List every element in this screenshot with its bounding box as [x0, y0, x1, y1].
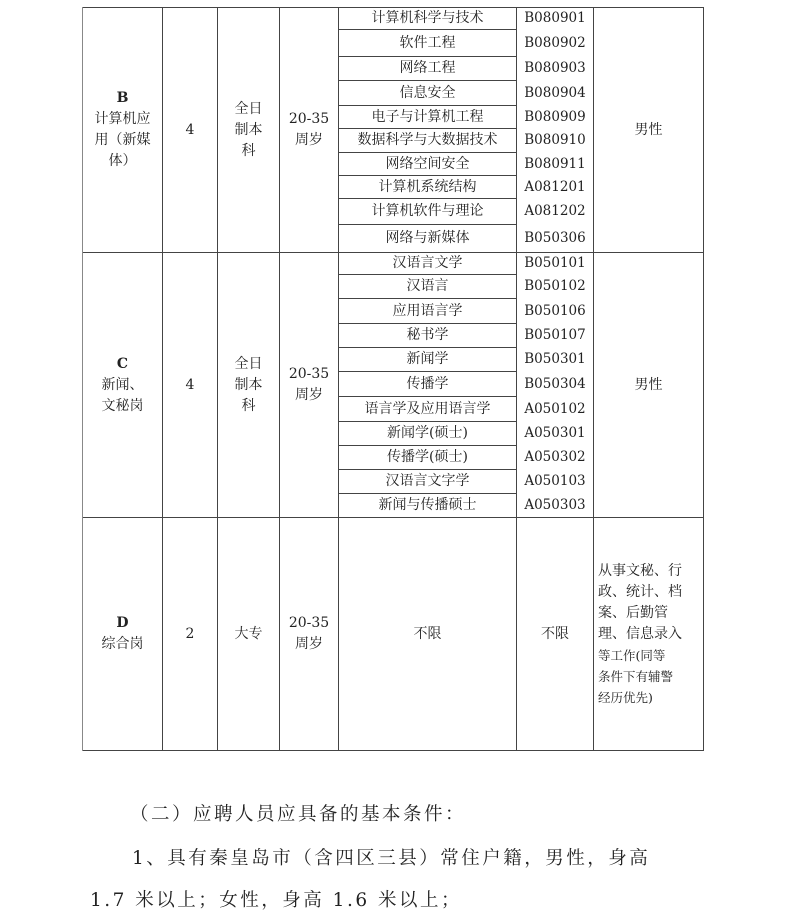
major-name: 计算机科学与技术 [339, 8, 516, 29]
position-code: C [117, 354, 128, 375]
major-name: 汉语言文学 [339, 253, 516, 274]
age-cell-b: 20-35 周岁 [280, 8, 338, 252]
other-requirement-b: 男性 [594, 8, 703, 252]
section-heading: （二）应聘人员应具备的基本条件： [130, 800, 466, 826]
major-cell-d: 不限 [339, 518, 516, 750]
headcount-cell-b: 4 [163, 8, 217, 252]
headcount: 4 [186, 120, 195, 141]
major-code: B050107 [517, 324, 593, 347]
headcount-cell-c: 4 [163, 253, 217, 517]
position-cell-d: D 综合岗 [83, 518, 162, 750]
major-code: 不限 [541, 624, 569, 645]
position-name-line: 用（新媒 [95, 130, 151, 151]
position-name-line: 新闻、 [102, 375, 144, 396]
major-name: 信息安全 [339, 81, 516, 105]
major-name: 不限 [414, 624, 442, 645]
duty-line: 从事文秘、行 [598, 561, 682, 582]
major-name: 新闻学 [339, 348, 516, 371]
major-name: 新闻与传播硕士 [339, 494, 516, 517]
duty-line: 理、信息录入 [598, 624, 682, 645]
education-line: 全日 [235, 354, 263, 375]
age-line: 周岁 [295, 385, 323, 406]
major-code: A081202 [517, 199, 593, 224]
major-code: B080904 [517, 81, 593, 105]
education-line: 大专 [235, 624, 263, 645]
other-requirement-d: 从事文秘、行 政、统计、档 案、后勤管 理、信息录入 等工作(同等 条件下有辅警… [594, 518, 703, 750]
major-code: B080911 [517, 153, 593, 175]
education-line: 全日 [235, 99, 263, 120]
major-code: B080903 [517, 57, 593, 80]
position-code: D [116, 613, 128, 634]
major-name: 传播学(硕士) [339, 446, 516, 469]
other-requirement-c: 男性 [594, 253, 703, 517]
major-name: 电子与计算机工程 [339, 106, 516, 128]
major-code: B050306 [517, 225, 593, 252]
col-line-7 [703, 7, 704, 751]
major-name: 新闻学(硕士) [339, 422, 516, 445]
headcount: 4 [186, 375, 195, 396]
major-code: B050102 [517, 275, 593, 298]
education-line: 科 [242, 141, 256, 162]
education-cell-d: 大专 [218, 518, 279, 750]
major-code: B050301 [517, 348, 593, 371]
position-name-line: 文秘岗 [102, 396, 144, 417]
duty-line: 案、后勤管 [598, 603, 668, 624]
major-name: 计算机软件与理论 [339, 199, 516, 224]
major-name: 软件工程 [339, 30, 516, 56]
position-cell-c: C 新闻、 文秘岗 [83, 253, 162, 517]
age-line: 20-35 [289, 613, 329, 634]
major-code: A081201 [517, 176, 593, 198]
headcount: 2 [186, 624, 195, 645]
major-code: B080902 [517, 30, 593, 56]
position-cell-b: B 计算机应 用（新媒 体） [83, 8, 162, 252]
age-cell-c: 20-35 周岁 [280, 253, 338, 517]
age-line: 20-35 [289, 109, 329, 130]
major-name: 数据科学与大数据技术 [339, 129, 516, 152]
gender-requirement: 男性 [635, 375, 663, 396]
education-line: 制本 [235, 120, 263, 141]
major-code: B080910 [517, 129, 593, 152]
duty-line: 条件下有辅警 [598, 666, 673, 687]
education-line: 科 [242, 396, 256, 417]
recruitment-table: B 计算机应 用（新媒 体） 4 全日 制本 科 20-35 周岁 计算机科学与… [0, 0, 787, 760]
major-code: B050106 [517, 299, 593, 323]
duty-line: 经历优先) [598, 687, 653, 708]
major-name: 应用语言学 [339, 299, 516, 323]
major-name: 网络与新媒体 [339, 225, 516, 252]
major-code: A050103 [517, 470, 593, 493]
major-name: 秘书学 [339, 324, 516, 347]
age-line: 20-35 [289, 364, 329, 385]
major-name: 传播学 [339, 372, 516, 396]
position-code: B [117, 88, 129, 109]
duty-line: 等工作(同等 [598, 645, 665, 666]
position-name-line: 计算机应 [95, 109, 151, 130]
major-name: 网络空间安全 [339, 153, 516, 175]
major-code: B050304 [517, 372, 593, 396]
age-cell-d: 20-35 周岁 [280, 518, 338, 750]
education-cell-b: 全日 制本 科 [218, 8, 279, 252]
major-code: B050101 [517, 253, 593, 274]
age-line: 周岁 [295, 634, 323, 655]
education-cell-c: 全日 制本 科 [218, 253, 279, 517]
major-code: A050102 [517, 397, 593, 421]
duty-line: 政、统计、档 [598, 582, 682, 603]
major-name: 网络工程 [339, 57, 516, 80]
position-name-line: 综合岗 [102, 634, 144, 655]
major-code: A050302 [517, 446, 593, 469]
headcount-cell-d: 2 [163, 518, 217, 750]
table-border-bottom [82, 750, 704, 751]
education-line: 制本 [235, 375, 263, 396]
major-name: 汉语言文字学 [339, 470, 516, 493]
major-code: A050303 [517, 494, 593, 517]
gender-requirement: 男性 [635, 120, 663, 141]
requirement-item-1-line-1: 1、具有秦皇岛市（含四区三县）常住户籍，男性，身高 [132, 844, 650, 870]
age-line: 周岁 [295, 130, 323, 151]
major-code-cell-d: 不限 [517, 518, 593, 750]
major-name: 汉语言 [339, 275, 516, 298]
major-code: B080909 [517, 106, 593, 128]
major-code: B080901 [517, 8, 593, 29]
requirement-item-1-line-2: 1.7 米以上；女性，身高 1.6 米以上； [90, 886, 462, 912]
major-code: A050301 [517, 422, 593, 445]
position-name-line: 体） [109, 151, 137, 172]
major-name: 语言学及应用语言学 [339, 397, 516, 421]
major-name: 计算机系统结构 [339, 176, 516, 198]
